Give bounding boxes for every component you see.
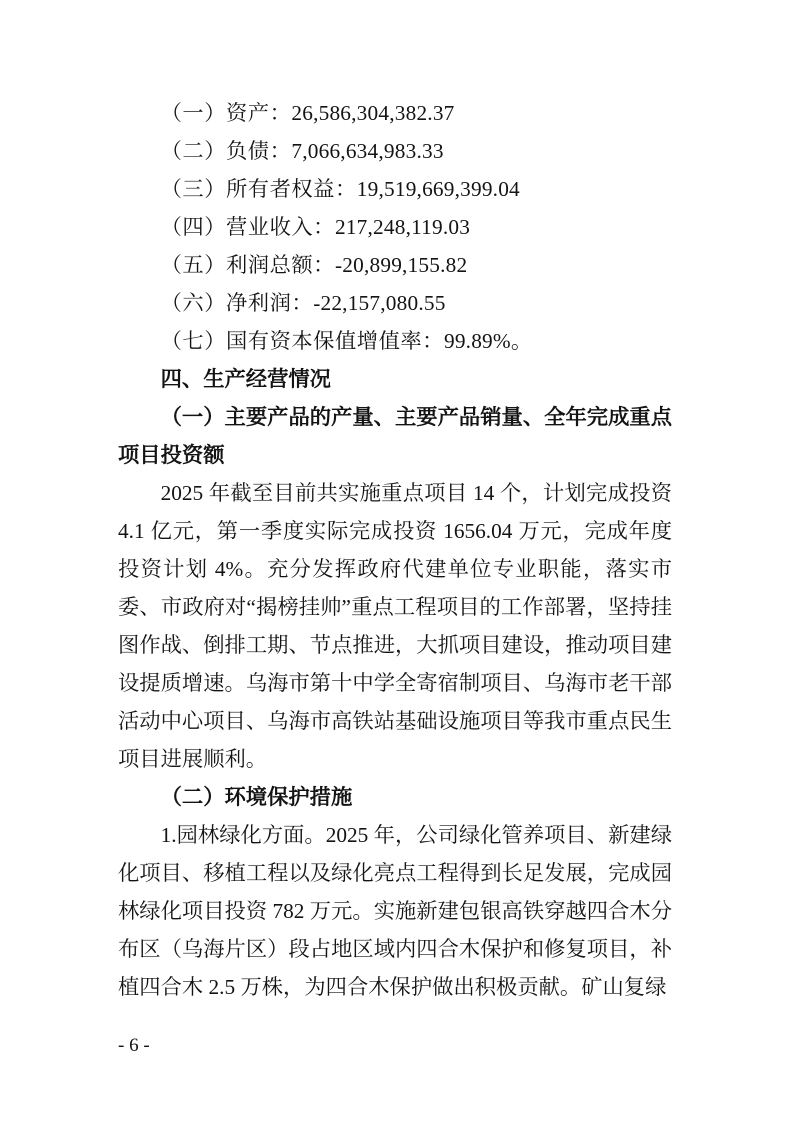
subsection-heading-environmental-protection: （二）环境保护措施 bbox=[118, 778, 672, 816]
document-page: （一）资产：26,586,304,382.37 （二）负债：7,066,634,… bbox=[0, 0, 793, 1122]
financial-item-value: 19,519,669,399.04 bbox=[357, 177, 520, 201]
financial-item-liabilities: （二）负债：7,066,634,983.33 bbox=[118, 132, 672, 170]
financial-item-value: 99.89%。 bbox=[444, 329, 532, 353]
financial-item-operating-revenue: （四）营业收入：217,248,119.03 bbox=[118, 208, 672, 246]
paragraph-key-projects: 2025 年截至目前共实施重点项目 14 个，计划完成投资 4.1 亿元，第一季… bbox=[118, 474, 672, 778]
financial-item-value: 7,066,634,983.33 bbox=[291, 139, 443, 163]
financial-item-label: （四）营业收入： bbox=[161, 215, 335, 239]
financial-item-label: （七）国有资本保值增值率： bbox=[161, 329, 444, 353]
paragraph-landscaping: 1.园林绿化方面。2025 年，公司绿化管养项目、新建绿化项目、移植工程以及绿化… bbox=[118, 816, 672, 1006]
section-heading-production-operations: 四、生产经营情况 bbox=[118, 360, 672, 398]
financial-item-net-profit: （六）净利润：-22,157,080.55 bbox=[118, 284, 672, 322]
financial-item-label: （一）资产： bbox=[161, 101, 292, 125]
subsection-heading-main-products: （一）主要产品的产量、主要产品销量、全年完成重点项目投资额 bbox=[118, 398, 672, 474]
financial-item-capital-preservation-rate: （七）国有资本保值增值率：99.89%。 bbox=[118, 322, 672, 360]
financial-item-value: 26,586,304,382.37 bbox=[291, 101, 454, 125]
financial-item-value: -20,899,155.82 bbox=[335, 253, 467, 277]
document-content: （一）资产：26,586,304,382.37 （二）负债：7,066,634,… bbox=[118, 94, 672, 1006]
financial-item-owners-equity: （三）所有者权益：19,519,669,399.04 bbox=[118, 170, 672, 208]
financial-item-value: -22,157,080.55 bbox=[313, 291, 445, 315]
page-number: - 6 - bbox=[118, 1032, 150, 1060]
financial-item-label: （二）负债： bbox=[161, 139, 292, 163]
financial-item-assets: （一）资产：26,586,304,382.37 bbox=[118, 94, 672, 132]
financial-item-total-profit: （五）利润总额：-20,899,155.82 bbox=[118, 246, 672, 284]
financial-item-value: 217,248,119.03 bbox=[335, 215, 470, 239]
financial-item-label: （五）利润总额： bbox=[161, 253, 335, 277]
financial-item-label: （六）净利润： bbox=[161, 291, 314, 315]
financial-item-label: （三）所有者权益： bbox=[161, 177, 357, 201]
